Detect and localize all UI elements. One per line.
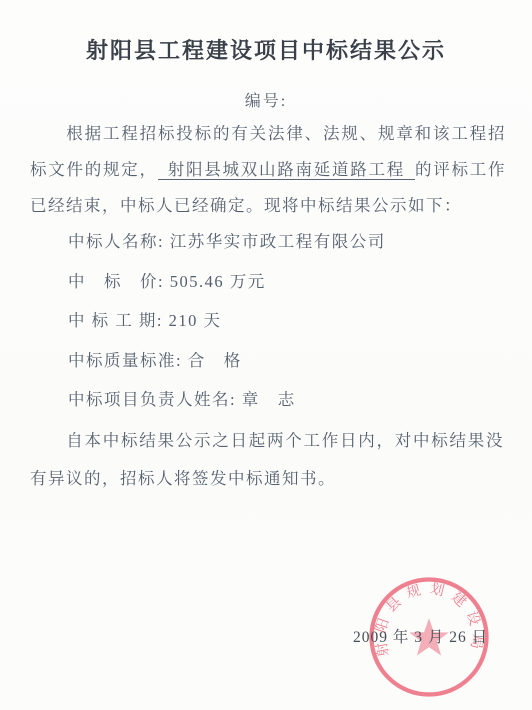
project-name-underlined: 射阳县城双山路南延道路工程 — [158, 160, 415, 180]
field-quality-standard: 中标质量标准: 合 格 — [68, 341, 506, 381]
intro-paragraph: 根据工程招标投标的有关法律、法规、规章和该工程招标文件的规定，射阳县城双山路南延… — [30, 116, 506, 224]
document-number-label: 编号: — [0, 88, 532, 111]
field-construction-period-value: 210 天 — [169, 311, 222, 330]
field-quality-standard-value: 合 格 — [188, 351, 242, 370]
field-bid-price-label: 中 标 价: — [68, 272, 170, 291]
field-quality-standard-label: 中标质量标准: — [68, 351, 188, 370]
field-construction-period: 中 标 工 期: 210 天 — [68, 301, 506, 341]
field-bid-price: 中 标 价: 505.46 万元 — [68, 262, 506, 302]
document-title: 射阳县工程建设项目中标结果公示 — [0, 34, 532, 65]
bid-result-fields: 中标人名称: 江苏华实市政工程有限公司 中 标 价: 505.46 万元 中 标… — [68, 222, 506, 420]
closing-paragraph: 自本中标结果公示之日起两个工作日内，对中标结果没有异议的，招标人将签发中标通知书… — [30, 422, 504, 498]
field-construction-period-label: 中 标 工 期: — [68, 311, 169, 330]
document-date: 2009 年 3 月 26 日 — [353, 625, 488, 647]
field-bid-price-value: 505.46 万元 — [170, 272, 266, 291]
field-project-manager-label: 中标项目负责人姓名: — [68, 390, 242, 409]
field-project-manager: 中标项目负责人姓名: 章 志 — [68, 380, 506, 420]
field-winner-name: 中标人名称: 江苏华实市政工程有限公司 — [68, 222, 506, 262]
announcement-document: 射阳县工程建设项目中标结果公示 编号: 根据工程招标投标的有关法律、法规、规章和… — [0, 0, 532, 710]
field-winner-name-value: 江苏华实市政工程有限公司 — [170, 232, 386, 251]
field-project-manager-value: 章 志 — [242, 390, 296, 409]
field-winner-name-label: 中标人名称: — [68, 232, 170, 251]
